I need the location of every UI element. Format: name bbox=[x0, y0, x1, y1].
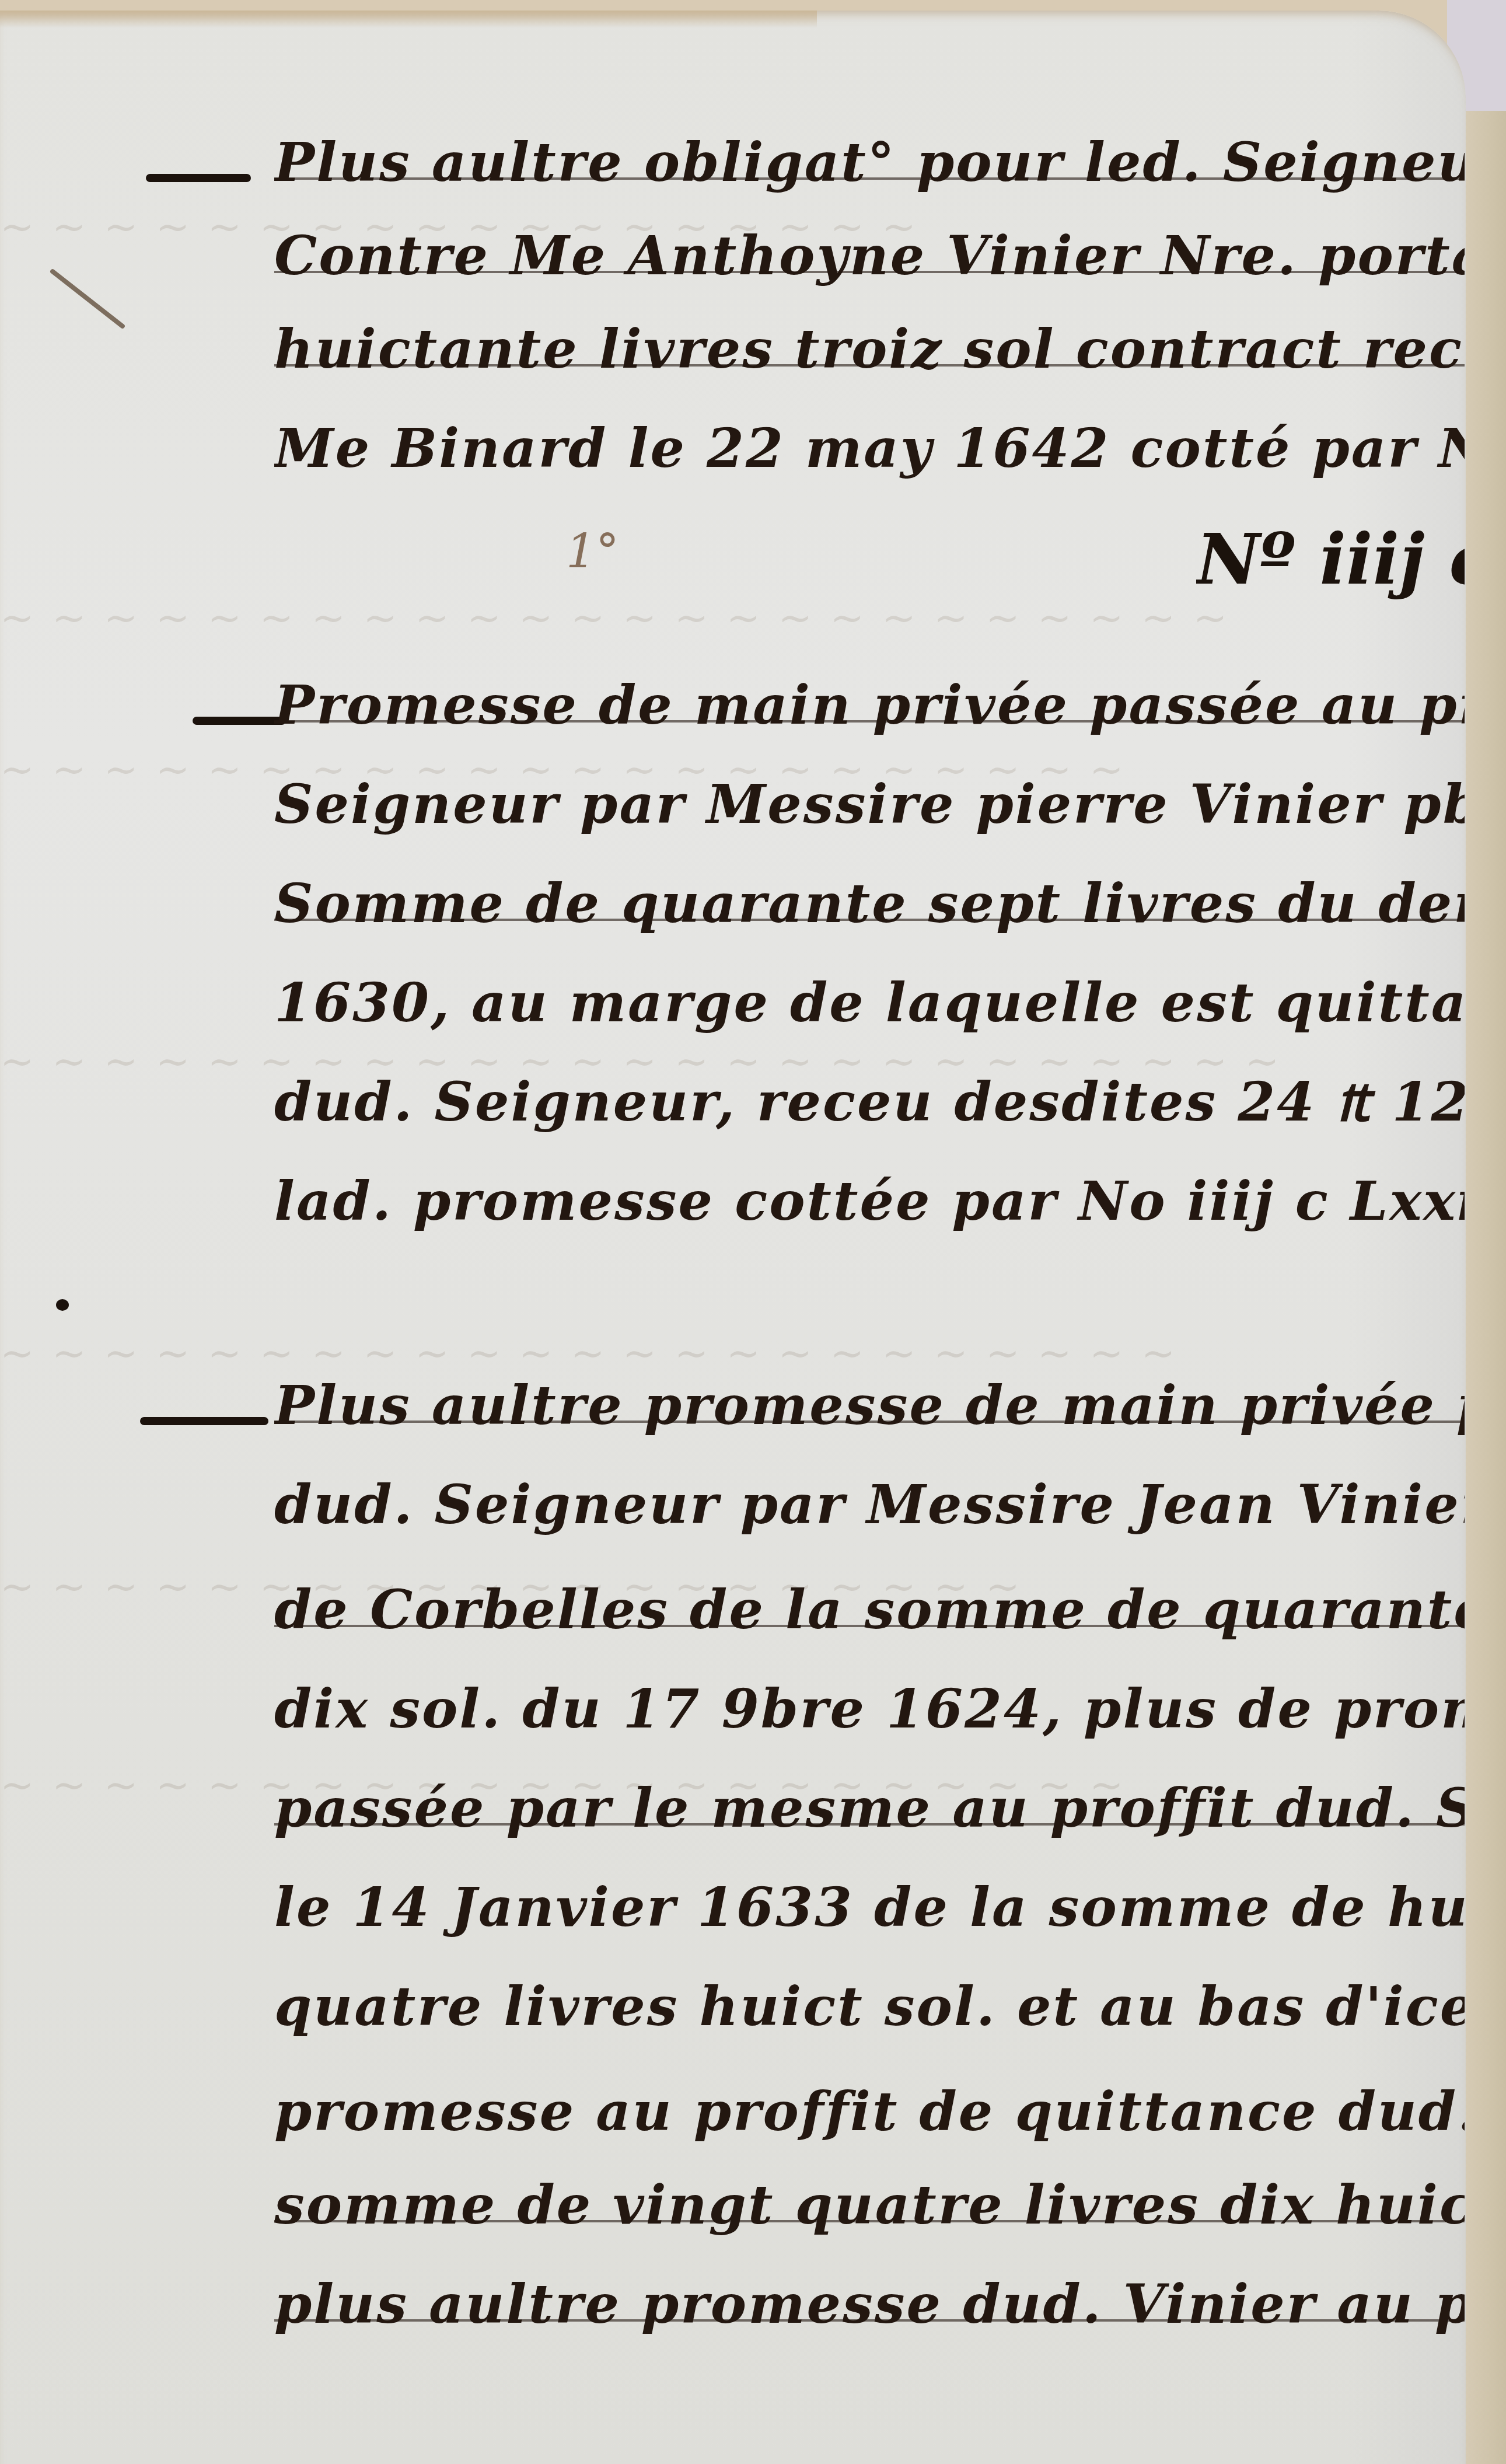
ink-dot bbox=[56, 1299, 69, 1311]
margin-small-mark: 1° bbox=[566, 524, 619, 578]
entry-2-line-5: dud. Seigneur, receu desdites 24 ₶ 12 s.… bbox=[274, 1067, 1465, 1137]
entry-1-line-1: Plus aultre obligat° pour led. Seigneur … bbox=[274, 127, 1465, 197]
entry-3-line-9: somme de vingt quatre livres dix huict bbox=[274, 2170, 1465, 2240]
entry-3-line-5: passée par le mesme au proffit dud. Seig… bbox=[274, 1773, 1465, 1843]
entry-3-line-2: dud. Seigneur par Messire Jean Vinier pb… bbox=[274, 1470, 1465, 1540]
entry-3-line-4: dix sol. du 17 9bre 1624, plus de promes… bbox=[274, 1674, 1465, 1744]
entry-2-line-2: Seigneur par Messire pierre Vinier pbre … bbox=[274, 769, 1465, 839]
entry-3-line-6: le 14 Janvier 1633 de la somme de huicta… bbox=[274, 1872, 1465, 1942]
entry-3-line-3: de Corbelles de la somme de quarante sep… bbox=[274, 1575, 1465, 1645]
background-right-strip bbox=[1465, 111, 1506, 2464]
folio-number: Nº iiij c Lxx bbox=[1196, 518, 1465, 647]
entry-1-line-3: huictante livres troiz sol contract rece… bbox=[274, 314, 1465, 384]
manuscript-page: ~ ~ ~ ~ ~ ~ ~ ~ ~ ~ ~ ~ ~ ~ ~ ~ ~ ~ ~ ~ … bbox=[0, 11, 1466, 2464]
paragraph-mark bbox=[140, 1417, 268, 1425]
margin-flourish bbox=[49, 268, 125, 330]
entry-3-line-8: promesse au proffit de quittance dud. Sr… bbox=[274, 2076, 1465, 2147]
entry-3-line-7: quatre livres huict sol. et au bas d'ice… bbox=[274, 1971, 1465, 2041]
entry-2-line-1: Promesse de main privée passée au proffi… bbox=[274, 670, 1465, 740]
top-edge-stain bbox=[0, 11, 817, 28]
entry-1-line-2: Contre Me Anthoyne Vinier Nre. portant l… bbox=[274, 221, 1465, 291]
entry-3-line-1: Plus aultre promesse de main privée pass… bbox=[274, 1370, 1465, 1440]
entry-2-line-6: lad. promesse cottée par No iiij c Lxxix bbox=[274, 1166, 1465, 1236]
paragraph-mark bbox=[193, 717, 286, 725]
entry-2-line-4: 1630, au marge de laquelle est quittance… bbox=[274, 968, 1465, 1038]
entry-1-line-4: Me Binard le 22 may 1642 cotté par No bbox=[274, 413, 1465, 483]
entry-2-line-3: Somme de quarante sept livres du dernier… bbox=[274, 868, 1465, 938]
bleed-through-line: ~ ~ ~ ~ ~ ~ ~ ~ ~ ~ ~ ~ ~ ~ ~ ~ ~ ~ ~ ~ … bbox=[0, 594, 1229, 629]
bleed-through-line: ~ ~ ~ ~ ~ ~ ~ ~ ~ ~ ~ ~ ~ ~ ~ ~ ~ ~ ~ ~ … bbox=[0, 1329, 1178, 1364]
entry-3-line-10: plus aultre promesse dud. Vinier au prof… bbox=[274, 2269, 1465, 2339]
paragraph-mark bbox=[146, 174, 251, 182]
